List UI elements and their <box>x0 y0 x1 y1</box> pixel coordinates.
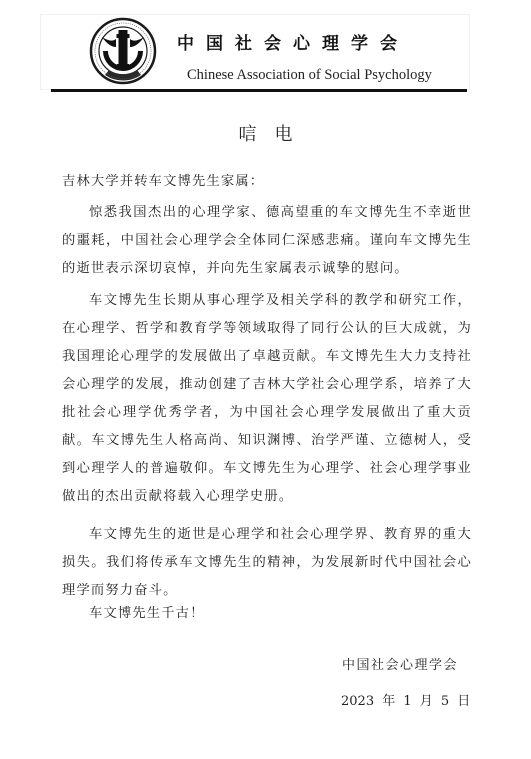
header-divider <box>51 89 467 92</box>
paragraph-farewell: 车文博先生千古！ <box>62 600 472 628</box>
paragraph-loss: 车文博先生的逝世是心理学和社会心理学界、教育界的重大损失。我们将传承车文博先生的… <box>62 521 472 605</box>
org-name-chinese: 中国社会心理学会 <box>177 29 409 54</box>
document-title: 唁电 <box>0 120 531 146</box>
paragraph-achievements: 车文博先生长期从事心理学及相关学科的教学和研究工作，在心理学、哲学和教育学等领域… <box>62 287 472 511</box>
letterhead: 中国社会心理学会 Chinese Association of Social P… <box>40 14 470 90</box>
paragraph-condolence: 惊悉我国杰出的心理学家、德高望重的车文博先生不幸逝世的噩耗，中国社会心理学会全体… <box>62 199 472 283</box>
salutation: 吉林大学并转车文博先生家属： <box>62 170 472 189</box>
signature-organization: 中国社会心理学会 <box>342 654 458 673</box>
org-name-english: Chinese Association of Social Psychology <box>187 67 432 84</box>
document-date: 2023 年 1 月 5 日 <box>341 690 470 709</box>
association-emblem-icon <box>89 17 157 85</box>
